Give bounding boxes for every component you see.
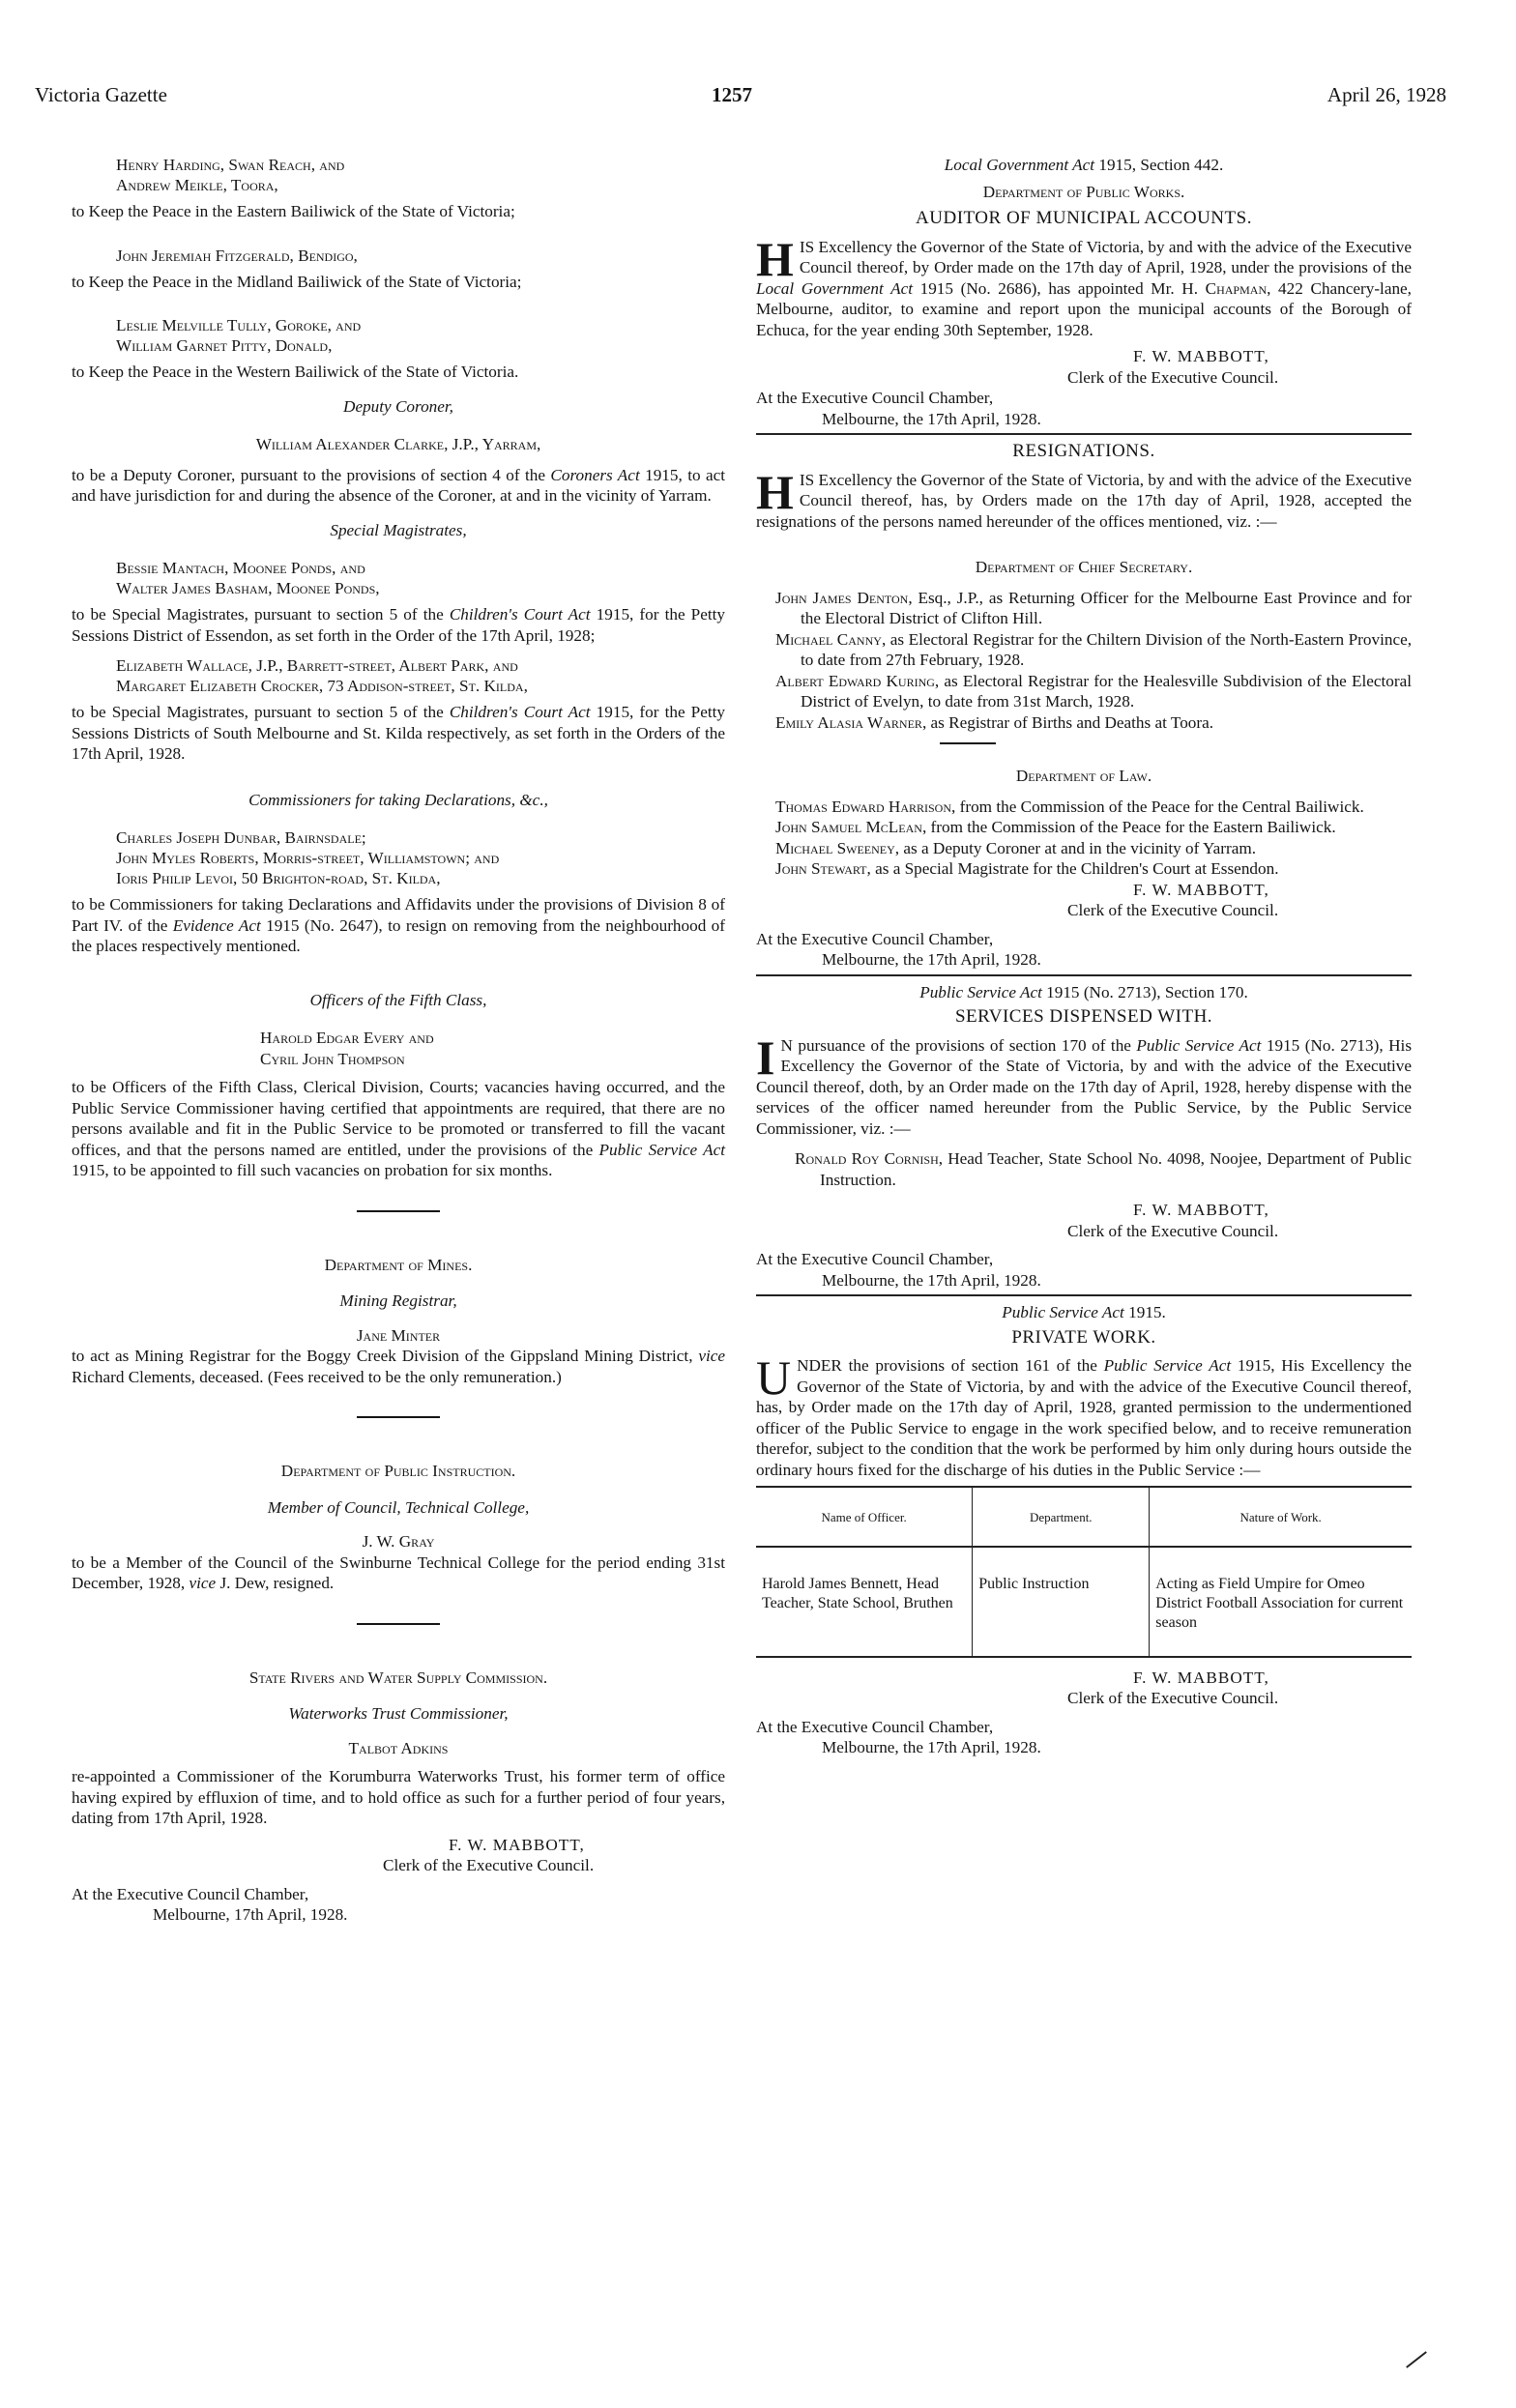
list-item: Michael Sweeney, as a Deputy Coroner at … <box>775 838 1412 859</box>
appointee-names: Henry Harding, Swan Reach, and Andrew Me… <box>72 155 725 195</box>
drop-cap: I <box>756 1038 774 1077</box>
section-rule <box>756 433 1412 435</box>
appointee-names: Harold Edgar Every and Cyril John Thomps… <box>72 1028 725 1069</box>
notice-deputy-coroner: Deputy Coroner, William Alexander Clarke… <box>72 396 725 507</box>
section-heading: Special Magistrates, <box>72 520 725 541</box>
column-header: Department. <box>973 1487 1150 1547</box>
notice-text: HIS Excellency the Governor of the State… <box>756 470 1412 533</box>
appointee-names: Bessie Mantach, Moonee Ponds, and Walter… <box>72 558 725 598</box>
list-item: John Stewart, as a Special Magistrate fo… <box>775 858 1412 880</box>
section-rule <box>756 1294 1412 1296</box>
signatory-title: Clerk of the Executive Council. <box>756 1688 1412 1709</box>
resignation-list: Thomas Edward Harrison, from the Commiss… <box>756 797 1412 880</box>
page-header: Victoria Gazette 1257 April 26, 1928 <box>35 85 1446 114</box>
appointee-name: Talbot Adkins <box>72 1738 725 1759</box>
notice-text: to be Commissioners for taking Declarati… <box>72 894 725 957</box>
section-divider <box>357 1416 440 1418</box>
signature-block: F. W. MABBOTT, Clerk of the Executive Co… <box>756 1200 1412 1241</box>
signature-block: F. W. MABBOTT, Clerk of the Executive Co… <box>756 880 1412 921</box>
notice-fifth-class: Officers of the Fifth Class, Harold Edga… <box>72 990 725 1181</box>
department-heading: Department of Chief Secretary. <box>756 557 1412 578</box>
section-heading: Waterworks Trust Commissioner, <box>72 1703 725 1725</box>
table-cell: Public Instruction <box>973 1547 1150 1657</box>
section-heading: Member of Council, Technical College, <box>72 1497 725 1519</box>
notice-title: PRIVATE WORK. <box>756 1327 1412 1349</box>
notice-resignations: RESIGNATIONS. HIS Excellency the Governo… <box>756 441 1412 971</box>
signature-block: F. W. MABBOTT, Clerk of the Executive Co… <box>72 1835 725 1876</box>
signatory-name: F. W. MABBOTT, <box>756 346 1412 367</box>
table-cell: Harold James Bennett, Head Teacher, Stat… <box>756 1547 973 1657</box>
signature-block: F. W. MABBOTT, Clerk of the Executive Co… <box>756 346 1412 388</box>
column-header: Name of Officer. <box>756 1487 973 1547</box>
chamber-block: At the Executive Council Chamber, Melbou… <box>756 1249 1412 1291</box>
chamber-block: At the Executive Council Chamber, Melbou… <box>756 1717 1412 1758</box>
notice-text: re-appointed a Commissioner of the Korum… <box>72 1766 725 1829</box>
notice-text: to Keep the Peace in the Midland Bailiwi… <box>72 272 725 293</box>
pen-mark <box>1406 2351 1427 2368</box>
list-item: Thomas Edward Harrison, from the Commiss… <box>775 797 1412 818</box>
department-heading: Department of Public Works. <box>756 182 1412 203</box>
drop-cap: H <box>756 473 794 511</box>
notice-mines: Department of Mines. Mining Registrar, J… <box>72 1255 725 1388</box>
list-item: Emily Alasia Warner, as Registrar of Bir… <box>775 712 1412 734</box>
page-number: 1257 <box>712 85 752 106</box>
notice-special-magistrates: Special Magistrates, Bessie Mantach, Moo… <box>72 520 725 765</box>
signatory-name: F. W. MABBOTT, <box>756 1200 1412 1221</box>
table-cell: Acting as Field Umpire for Omeo District… <box>1150 1547 1412 1657</box>
section-divider <box>940 742 996 744</box>
appointee-name: Jane Minter <box>72 1325 725 1347</box>
notice-text: HIS Excellency the Governor of the State… <box>756 237 1412 341</box>
section-heading: Commissioners for taking Declarations, &… <box>72 790 725 811</box>
appointee-names: Charles Joseph Dunbar, Bairnsdale; John … <box>72 827 725 888</box>
chamber-block: At the Executive Council Chamber, Melbou… <box>72 1884 725 1926</box>
signatory-name: F. W. MABBOTT, <box>756 1668 1412 1689</box>
left-column: Henry Harding, Swan Reach, and Andrew Me… <box>72 155 725 1926</box>
signatory-name: F. W. MABBOTT, <box>756 880 1412 901</box>
signatory-title: Clerk of the Executive Council. <box>756 900 1412 921</box>
notice-text: to be Special Magistrates, pursuant to s… <box>72 604 725 646</box>
notice-jp-western: Leslie Melville Tully, Goroke, and Willi… <box>72 315 725 383</box>
notice-water-supply: State Rivers and Water Supply Commission… <box>72 1668 725 1829</box>
chamber-block: At the Executive Council Chamber, Melbou… <box>756 929 1412 971</box>
right-column: Local Government Act 1915, Section 442. … <box>756 155 1412 1758</box>
list-item: John James Denton, Esq., J.P., as Return… <box>775 588 1412 629</box>
notice-jp-midland: John Jeremiah Fitzgerald, Bendigo, to Ke… <box>72 246 725 293</box>
appointee-name: William Alexander Clarke, J.P., Yarram, <box>72 434 725 455</box>
notice-text: IN pursuance of the provisions of sectio… <box>756 1035 1412 1140</box>
list-item: Michael Canny, as Electoral Registrar fo… <box>775 629 1412 671</box>
appointee-names: Leslie Melville Tully, Goroke, and Willi… <box>72 315 725 356</box>
department-heading: Department of Mines. <box>72 1255 725 1276</box>
signatory-name: F. W. MABBOTT, <box>72 1835 725 1856</box>
appointee-names: Elizabeth Wallace, J.P., Barrett-street,… <box>72 655 725 696</box>
list-item: Albert Edward Kuring, as Electoral Regis… <box>775 671 1412 712</box>
notice-auditor: Local Government Act 1915, Section 442. … <box>756 155 1412 429</box>
notice-services-dispensed: Public Service Act 1915 (No. 2713), Sect… <box>756 982 1412 1291</box>
notice-title: RESIGNATIONS. <box>756 441 1412 462</box>
section-divider <box>357 1210 440 1212</box>
signatory-title: Clerk of the Executive Council. <box>756 1221 1412 1242</box>
notice-public-instruction: Department of Public Instruction. Member… <box>72 1461 725 1594</box>
appointee-names: John Jeremiah Fitzgerald, Bendigo, <box>72 246 725 266</box>
act-reference: Public Service Act 1915. <box>756 1302 1412 1323</box>
notice-text: to be Officers of the Fifth Class, Cleri… <box>72 1077 725 1181</box>
notice-jp-eastern: Henry Harding, Swan Reach, and Andrew Me… <box>72 155 725 222</box>
section-rule <box>756 974 1412 976</box>
notice-text: to be a Deputy Coroner, pursuant to the … <box>72 465 725 507</box>
notice-commissioners: Commissioners for taking Declarations, &… <box>72 790 725 957</box>
private-work-table: Name of Officer. Department. Nature of W… <box>756 1486 1412 1658</box>
issue-date: April 26, 1928 <box>1327 85 1446 106</box>
department-heading: Department of Public Instruction. <box>72 1461 725 1482</box>
section-divider <box>357 1623 440 1625</box>
notice-title: AUDITOR OF MUNICIPAL ACCOUNTS. <box>756 208 1412 229</box>
signatory-title: Clerk of the Executive Council. <box>72 1855 725 1876</box>
notice-text: to Keep the Peace in the Eastern Bailiwi… <box>72 201 725 222</box>
act-reference: Local Government Act 1915, Section 442. <box>756 155 1412 176</box>
notice-text: to be Special Magistrates, pursuant to s… <box>72 702 725 765</box>
publication-title: Victoria Gazette <box>35 85 167 106</box>
officer-entry: Ronald Roy Cornish, Head Teacher, State … <box>756 1148 1412 1190</box>
act-reference: Public Service Act 1915 (No. 2713), Sect… <box>756 982 1412 1003</box>
notice-private-work: Public Service Act 1915. PRIVATE WORK. U… <box>756 1302 1412 1758</box>
appointee-name: J. W. Gray <box>72 1531 725 1552</box>
notice-text: to Keep the Peace in the Western Bailiwi… <box>72 362 725 383</box>
section-heading: Deputy Coroner, <box>72 396 725 418</box>
list-item: John Samuel McLean, from the Commission … <box>775 817 1412 838</box>
signatory-title: Clerk of the Executive Council. <box>756 367 1412 389</box>
department-heading: State Rivers and Water Supply Commission… <box>72 1668 725 1689</box>
section-heading: Officers of the Fifth Class, <box>72 990 725 1011</box>
table-row: Harold James Bennett, Head Teacher, Stat… <box>756 1547 1412 1657</box>
resignation-list: John James Denton, Esq., J.P., as Return… <box>756 588 1412 734</box>
drop-cap: U <box>756 1358 791 1397</box>
department-heading: Department of Law. <box>756 766 1412 787</box>
notice-text: to be a Member of the Council of the Swi… <box>72 1552 725 1594</box>
signature-block: F. W. MABBOTT, Clerk of the Executive Co… <box>756 1668 1412 1709</box>
notice-text: UNDER the provisions of section 161 of t… <box>756 1355 1412 1480</box>
table-header-row: Name of Officer. Department. Nature of W… <box>756 1487 1412 1547</box>
column-header: Nature of Work. <box>1150 1487 1412 1547</box>
chamber-block: At the Executive Council Chamber, Melbou… <box>756 388 1412 429</box>
section-heading: Mining Registrar, <box>72 1291 725 1312</box>
notice-title: SERVICES DISPENSED WITH. <box>756 1006 1412 1028</box>
drop-cap: H <box>756 240 794 278</box>
notice-text: to act as Mining Registrar for the Boggy… <box>72 1346 725 1387</box>
